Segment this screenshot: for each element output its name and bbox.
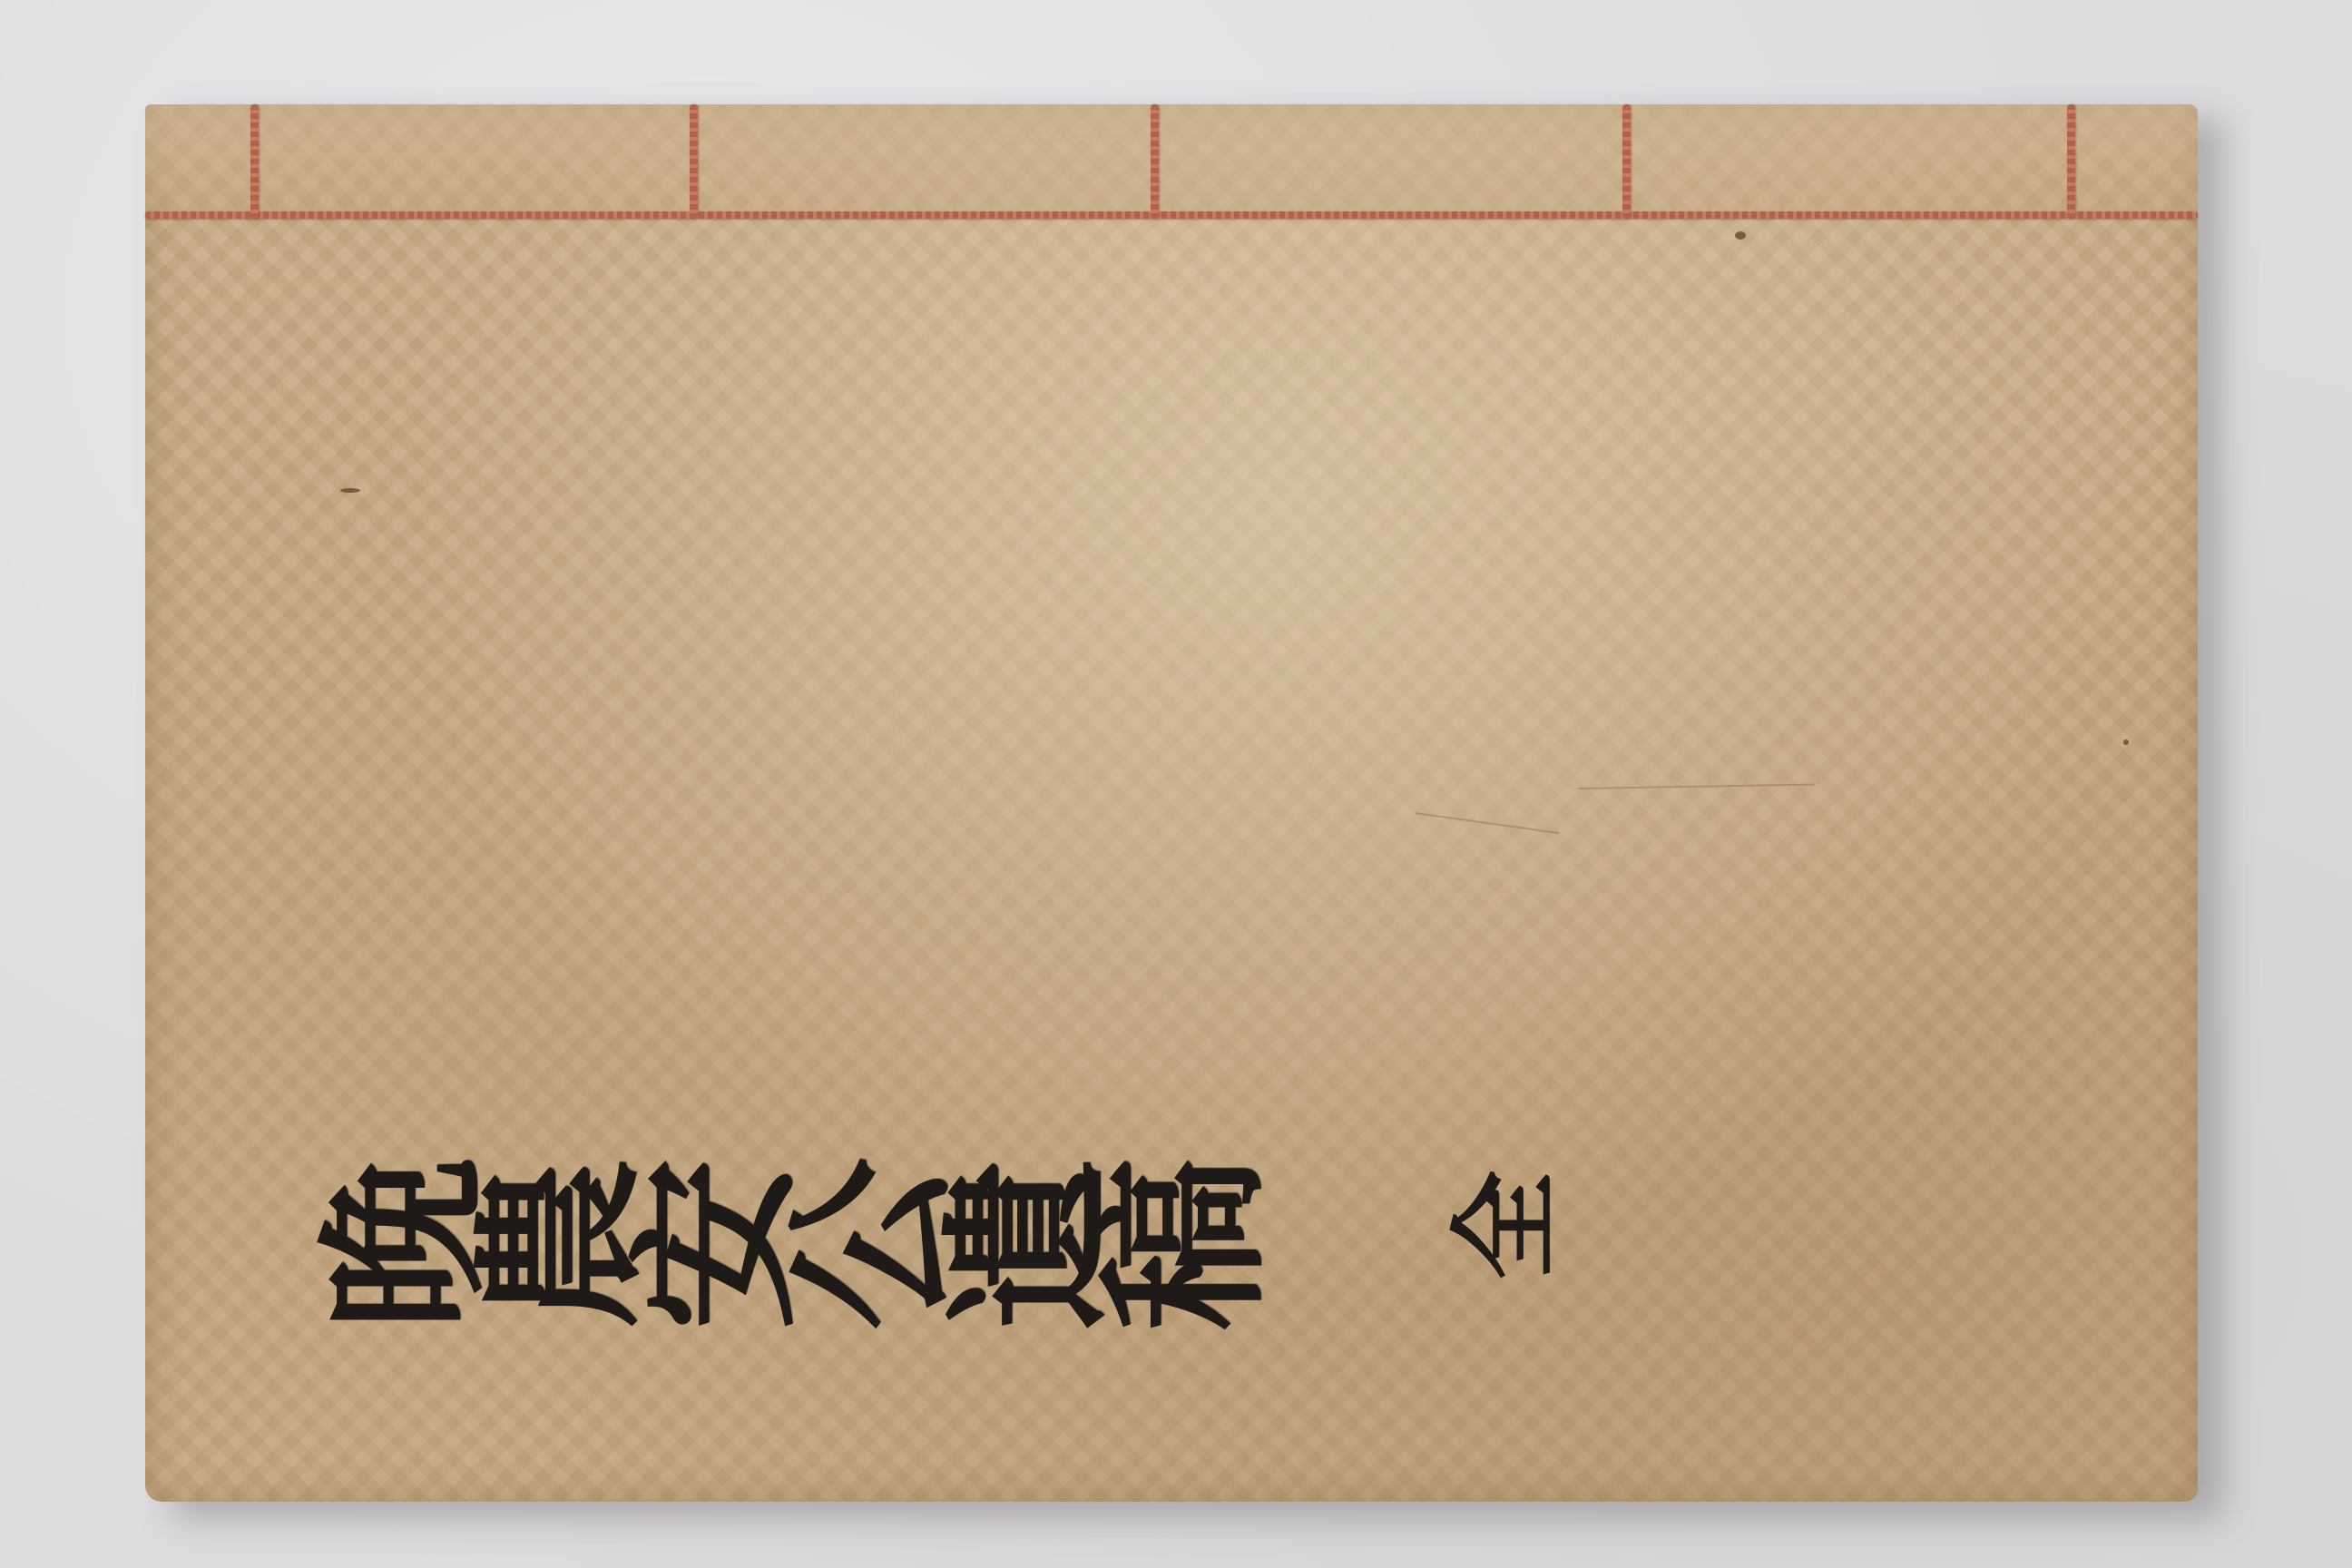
stain-mark: [1735, 231, 1746, 240]
book-title: 晚 農 安 公 遺 稿: [327, 1134, 1279, 1370]
paper-crease: [1579, 783, 1815, 789]
binding-stitch-5: [2067, 104, 2075, 219]
title-char: 稿: [1099, 1174, 1271, 1330]
volume-char: 全: [1452, 1171, 1561, 1279]
paper-crease: [1416, 812, 1560, 834]
binding-stitch-4: [1622, 104, 1631, 219]
binding-spine: [145, 104, 2198, 211]
binding-stitch-1: [250, 104, 259, 219]
stain-mark: [340, 488, 360, 493]
binding-stitch-3: [1151, 104, 1159, 219]
binding-stitch-2: [690, 104, 698, 219]
stain-mark: [2123, 740, 2129, 745]
binding-thread-horizontal: [145, 211, 2198, 219]
volume-label: 全: [1438, 1157, 1574, 1293]
